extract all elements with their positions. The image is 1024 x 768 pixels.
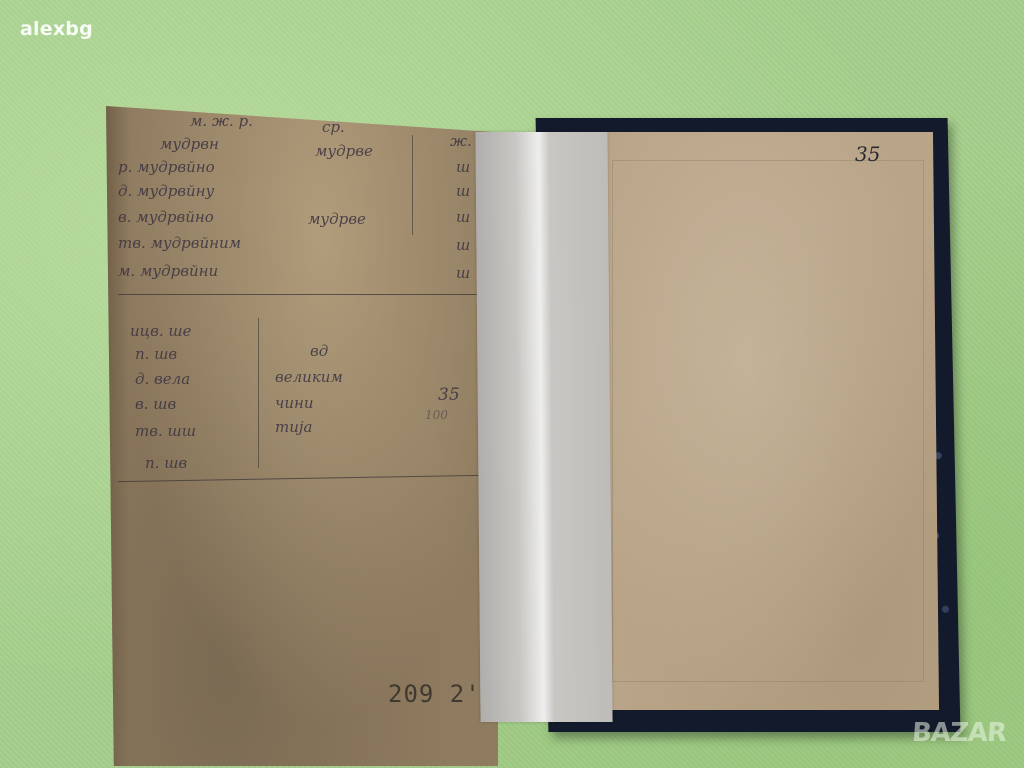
handwriting-line: м. ж. р. [190, 112, 253, 130]
handwriting-line: м. мудрвйни [118, 262, 218, 280]
photo-scene: 35 м. ж. р. мудрвн р. мудрвйно д. мудрвй… [0, 0, 1024, 768]
handwriting-line: ш [456, 236, 470, 254]
handwriting-number: 35 [438, 385, 460, 405]
handwriting-line: вд [310, 342, 328, 360]
watermark-logo: BAZAR [911, 718, 1007, 748]
handwriting-line: п. шв [145, 454, 187, 472]
handwriting-line: тв. шш [135, 422, 196, 440]
handwriting-line: д. мудрвйну [118, 182, 214, 200]
right-page-frame [612, 160, 924, 682]
handwriting-line: ср. [322, 118, 345, 136]
handwriting-line: п. шв [135, 345, 177, 363]
handwriting-line: ш [456, 208, 470, 226]
handwriting-line: р. мудрвйно [118, 158, 215, 176]
spine-repair-tape [475, 132, 612, 722]
handwriting-line: великим [275, 368, 343, 386]
handwriting-line: мудрвн [160, 135, 219, 153]
handwriting-number: 100 [425, 408, 448, 422]
column-line [258, 318, 259, 468]
handwriting-line: тија [275, 418, 312, 436]
handwriting-line: мудрве [315, 142, 373, 160]
handwriting-line: тв. мудрвйним [118, 234, 241, 252]
handwriting-line: ш [456, 182, 470, 200]
inventory-stamp: 209 2' [388, 680, 481, 708]
handwriting-line: д. вела [135, 370, 190, 388]
handwriting-line: мудрве [308, 210, 366, 228]
wavy-divider [118, 294, 480, 295]
handwriting-line: ж. [450, 132, 472, 150]
watermark-username: alexbg [20, 18, 93, 40]
brace-line [412, 135, 413, 235]
handwriting-line: в. мудрвйно [118, 208, 214, 226]
handwriting-line: ицв. ше [130, 322, 191, 340]
handwriting-line: ш [456, 158, 470, 176]
handwriting-line: в. шв [135, 395, 176, 413]
handwriting-line: чини [275, 394, 314, 412]
handwriting-line: ш [456, 264, 470, 282]
page-number: 35 [855, 142, 880, 166]
